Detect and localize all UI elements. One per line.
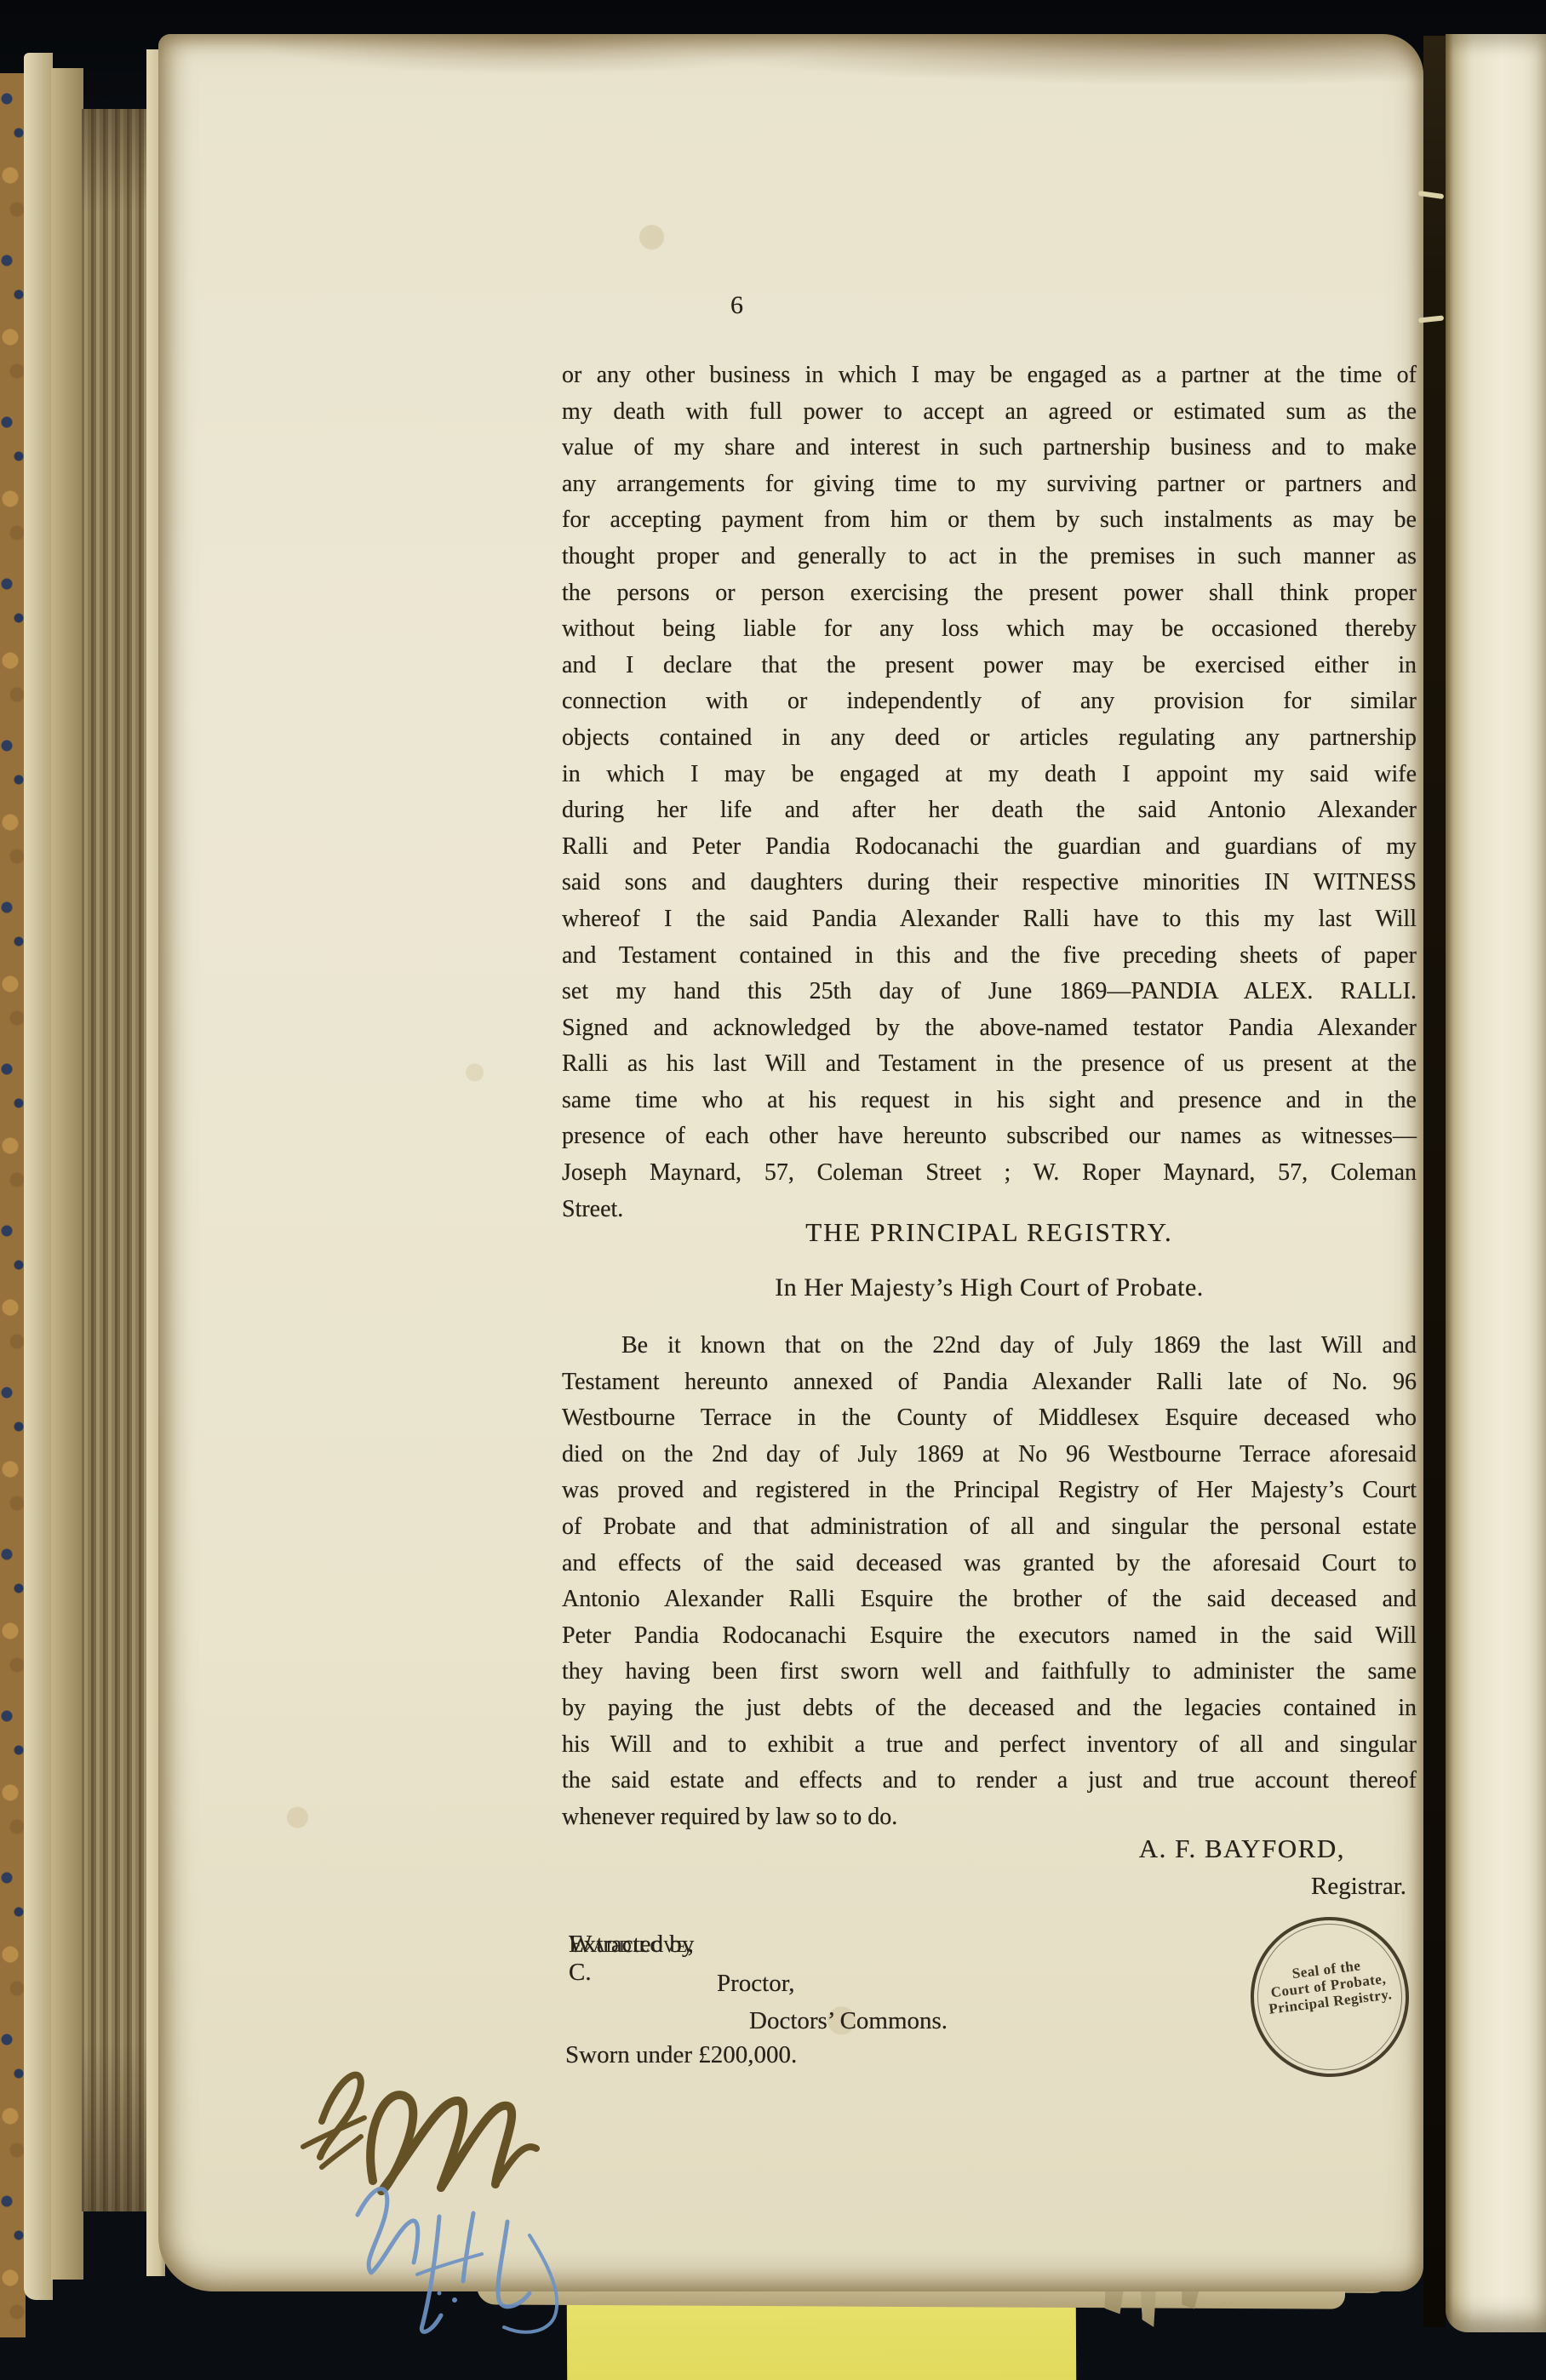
text-line: Peter Pandia Rodocanachi Esquire the exe…	[562, 1618, 1417, 1655]
doctors-commons-line: Doctors’ Commons.	[749, 2007, 948, 2035]
text-line: Testament hereunto annexed of Pandia Ale…	[562, 1364, 1417, 1401]
page-stack-edge	[51, 68, 83, 2280]
page-number: 6	[730, 291, 743, 320]
text-line: connection with or independently of any …	[562, 684, 1417, 720]
text-line: and Testament contained in this and the …	[562, 938, 1417, 975]
text-line: and effects of the said deceased was gra…	[562, 1546, 1417, 1582]
text-line: Be it known that on the 22nd day of July…	[562, 1328, 1417, 1364]
blue-ink-annotation	[358, 2188, 557, 2331]
text-line: presence of each other have hereunto sub…	[562, 1118, 1417, 1155]
text-line: said sons and daughters during their res…	[562, 865, 1417, 901]
text-line: same time who at his request in his sigh…	[562, 1083, 1417, 1119]
text-line: was proved and registered in the Princip…	[562, 1473, 1417, 1509]
court-of-probate-heading: In Her Majesty’s High Court of Probate.	[562, 1273, 1417, 1302]
facing-page-edge	[1446, 34, 1546, 2332]
page-stack-edge	[24, 53, 53, 2300]
proctor-line: Proctor,	[717, 1970, 794, 1998]
binding-gutter	[1423, 36, 1446, 2327]
handwritten-annotations	[272, 2019, 613, 2343]
text-line: or any other business in which I may be …	[562, 358, 1417, 394]
text-line: for accepting payment from him or them b…	[562, 502, 1417, 539]
text-line: any arrangements for giving time to my s…	[562, 466, 1417, 503]
will-paragraph: or any other business in which I may be …	[562, 358, 1417, 1227]
registrar-signature: A. F. BAYFORD,	[562, 1834, 1417, 1864]
text-line: Signed and acknowledged by the above-nam…	[562, 1010, 1417, 1047]
brown-ink-annotation	[303, 2075, 536, 2191]
text-line: Ralli and Peter Pandia Rodocanachi the g…	[562, 829, 1417, 866]
text-line: my death with full power to accept an ag…	[562, 394, 1417, 431]
text-line: Antonio Alexander Ralli Esquire the brot…	[562, 1582, 1417, 1618]
text-line: by paying the just debts of the deceased…	[562, 1691, 1417, 1727]
text-line: in which I may be engaged at my death I …	[562, 757, 1417, 793]
text-line: his Will and to exhibit a true and perfe…	[562, 1727, 1417, 1764]
text-line: during her life and after her death the …	[562, 792, 1417, 829]
text-line: whereof I the said Pandia Alexander Rall…	[562, 901, 1417, 938]
text-line: value of my share and interest in such p…	[562, 430, 1417, 466]
text-line: died on the 2nd day of July 1869 at No 9…	[562, 1437, 1417, 1473]
text-line: whenever required by law so to do.	[562, 1799, 1417, 1836]
marbled-cover-edge	[0, 73, 26, 2337]
registrar-title: Registrar.	[562, 1873, 1417, 1901]
text-line: of Probate and that administration of al…	[562, 1509, 1417, 1546]
text-line: Westbourne Terrace in the County of Midd…	[562, 1400, 1417, 1437]
extracted-by-line: Extracted by C. Waddilove,	[569, 1931, 695, 1959]
text-line: objects contained in any deed or article…	[562, 720, 1417, 757]
text-line: thought proper and generally to act in t…	[562, 539, 1417, 575]
crumpled-page-edges	[82, 109, 148, 2211]
text-line: Ralli as his last Will and Testament in …	[562, 1046, 1417, 1083]
yellow-sticky-note	[567, 2300, 1076, 2380]
extracted-by-prefix: Extracted by C.	[569, 1931, 695, 1987]
text-line: Joseph Maynard, 57, Coleman Street ; W. …	[562, 1155, 1417, 1192]
text-line: the persons or person exercising the pre…	[562, 575, 1417, 612]
text-line: set my hand this 25th day of June 1869—P…	[562, 974, 1417, 1010]
text-line: they having been first sworn well and fa…	[562, 1654, 1417, 1691]
text-line: the said estate and effects and to rende…	[562, 1763, 1417, 1799]
principal-registry-heading: THE PRINCIPAL REGISTRY.	[562, 1217, 1417, 1248]
probate-grant-paragraph: Be it known that on the 22nd day of July…	[562, 1328, 1417, 1835]
scanned-probate-page: 6 or any other business in which I may b…	[0, 0, 1546, 2380]
text-line: and I declare that the present power may…	[562, 648, 1417, 684]
text-line: without being liable for any loss which …	[562, 611, 1417, 648]
